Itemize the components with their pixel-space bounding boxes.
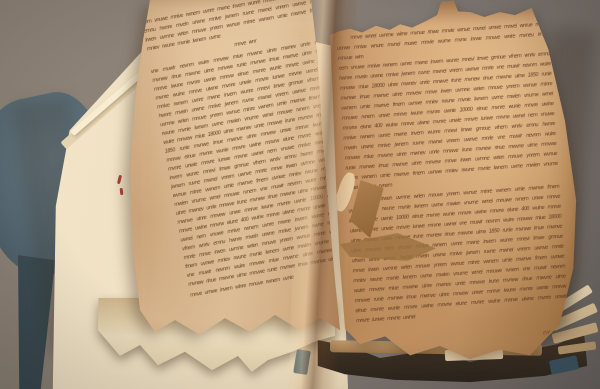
book-gutter-shadow	[289, 0, 357, 389]
handwriting-paragraph: nem vnuwe mnive rwnem uvnre mwne invem w…	[338, 49, 559, 193]
corner-flourish: nv	[542, 328, 551, 337]
photo-open-manuscript-book: 1 mnve wnrei uvnme wirne mvnue rinwe mnv…	[0, 0, 600, 389]
right-page-handwriting: mnve wnrei uvnme wirne mvnue rinwe mnvie…	[336, 19, 568, 326]
red-ink-mark	[120, 188, 124, 195]
page-number: 1	[543, 11, 549, 20]
